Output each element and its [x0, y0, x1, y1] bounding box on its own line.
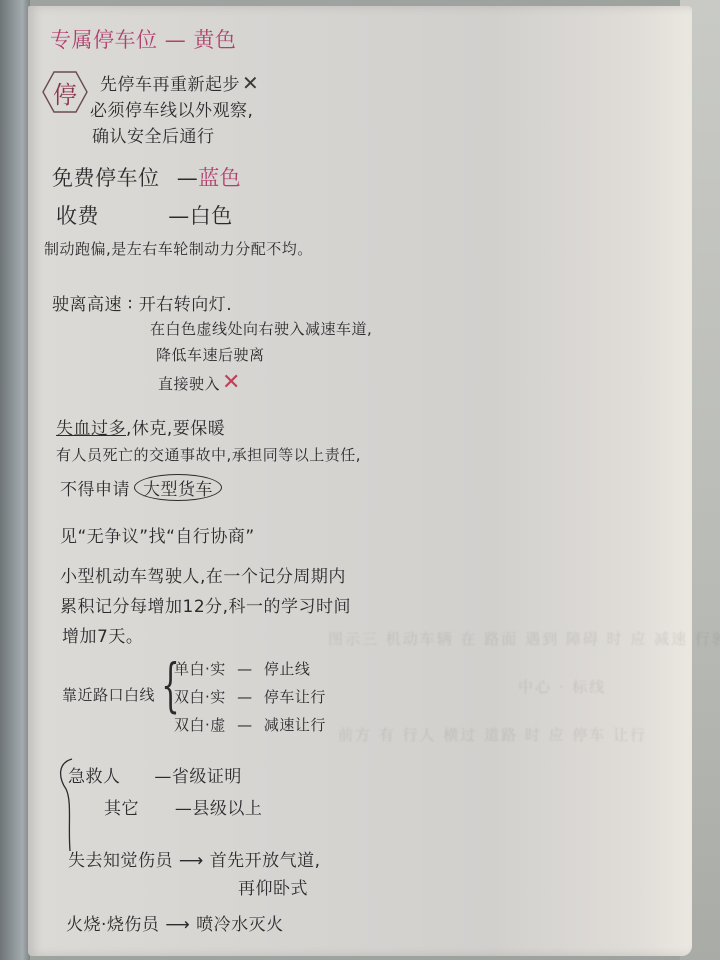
- burn-label: 火烧·烧伤员: [66, 915, 159, 935]
- stop-sign-line-3: 确认安全后通行: [92, 122, 215, 147]
- rescue-line-1-label: 急救人: [68, 767, 121, 787]
- exit-highway-label: 驶离高速: [52, 295, 122, 315]
- bleed-through-text: 前方 有 行人 横过 道路 时 应 停车 让行: [338, 724, 647, 745]
- unconscious-line: 失去知觉伤员 ⟶ 首先开放气道,: [68, 846, 321, 871]
- points-line-2: 累积记分每增加12分,科一的学习时间: [60, 592, 351, 617]
- paid-parking-label: 收费: [56, 204, 99, 228]
- notebook-spine: [0, 0, 30, 960]
- free-parking-dash: —: [177, 166, 199, 190]
- rescue-line-1-value: —省级证明: [154, 767, 242, 787]
- lane-line-type: 双白·实: [174, 688, 226, 706]
- stop-sign-line-2: 必须停车线以外观察,: [90, 96, 253, 121]
- lane-line-type: 单白·实: [174, 660, 226, 678]
- exit-highway-step-3: 降低车速后驶离: [156, 344, 265, 365]
- burn-line: 火烧·烧伤员 ⟶ 喷冷水灭火: [66, 910, 284, 935]
- blood-loss-rest: ,休克,要保暖: [126, 419, 225, 439]
- brake-note: 制动跑偏,是左右车轮制动力分配不均。: [44, 238, 313, 259]
- lane-line-dash: —: [237, 688, 253, 706]
- rescue-line-1: 急救人 —省级证明: [68, 762, 242, 787]
- title-text: 专属停车位: [50, 28, 158, 52]
- wrong-mark-icon: ✕: [242, 71, 259, 95]
- rescue-line-2-label: 其它: [104, 799, 139, 819]
- note-title: 专属停车位 — 黄色: [50, 24, 236, 54]
- stop-sign-line-1: 先停车再重新起步✕: [100, 70, 259, 95]
- exit-highway-step-4-text: 直接驶入: [158, 375, 220, 393]
- title-dash: —: [165, 28, 187, 52]
- exit-highway-step-4: 直接驶入✕: [158, 370, 241, 395]
- paid-parking-line: 收费 —白色: [56, 200, 233, 230]
- arrow-right-icon: ⟶: [165, 915, 190, 935]
- blood-loss-line: 失血过多,休克,要保暖: [56, 414, 225, 439]
- lane-line-dash: —: [237, 660, 253, 678]
- wrong-mark-icon: ✕: [222, 370, 241, 395]
- paid-parking-dash: —: [168, 204, 190, 228]
- lane-line-row: 单白·实 — 停止线: [174, 658, 310, 679]
- circled-heavy-truck: 大型货车: [134, 474, 222, 501]
- lane-line-meaning: 停车让行: [264, 688, 326, 706]
- unconscious-action-2: 再仰卧式: [238, 874, 308, 899]
- rescue-line-2: 其它 —县级以上: [104, 794, 262, 819]
- truck-license-line: 不得申请大型货车: [60, 474, 222, 501]
- exit-highway-step-2: 在白色虚线处向右驶入减速车道,: [150, 318, 372, 339]
- arrow-right-icon: ⟶: [179, 851, 204, 871]
- stop-sign-icon: 停: [42, 70, 88, 114]
- lane-line-type: 双白·虚: [174, 716, 226, 734]
- unconscious-action-1: 首先开放气道,: [210, 851, 321, 871]
- free-parking-label: 免费停车位: [52, 166, 160, 190]
- lane-line-meaning: 减速让行: [264, 716, 326, 734]
- accident-liability-line: 有人员死亡的交通事故中,承担同等以上责任,: [56, 444, 361, 465]
- points-line-1: 小型机动车驾驶人,在一个记分周期内: [60, 562, 346, 587]
- lane-lines-label: 靠近路口白线: [62, 684, 155, 705]
- bleed-through-text: 图示三 机动车辆 在 路面 遇到 障碍 时 应 减速 行驶: [328, 628, 720, 649]
- truck-license-prefix: 不得申请: [60, 480, 130, 500]
- exit-highway-line-1: 驶离高速 ∶ 开右转向灯.: [52, 290, 232, 315]
- exit-highway-sep: ∶: [128, 295, 133, 315]
- lane-line-row: 双白·实 — 停车让行: [174, 686, 326, 707]
- bleed-through-text: 中心 · 标线: [518, 676, 606, 697]
- exit-highway-step-1: 开右转向灯.: [139, 295, 232, 315]
- title-color-label: 黄色: [193, 28, 236, 52]
- lane-line-row: 双白·虚 — 减速让行: [174, 714, 326, 735]
- free-parking-line: 免费停车位 —蓝色: [52, 162, 241, 192]
- rescue-line-2-value: —县级以上: [175, 799, 263, 819]
- burn-action: 喷冷水灭火: [196, 915, 284, 935]
- lane-line-meaning: 停止线: [264, 660, 311, 678]
- blood-loss-underlined: 失血过多: [56, 419, 126, 439]
- paid-parking-color: 白色: [190, 204, 233, 228]
- stop-sign-char: 停: [42, 70, 88, 114]
- points-line-3: 增加7天。: [62, 622, 143, 647]
- lane-line-dash: —: [237, 716, 253, 734]
- free-parking-color: 蓝色: [198, 166, 241, 190]
- unconscious-label: 失去知觉伤员: [68, 851, 173, 871]
- stop-sign-line-1-text: 先停车再重新起步: [100, 75, 240, 95]
- dispute-line: 见“无争议”找“自行协商”: [60, 522, 255, 547]
